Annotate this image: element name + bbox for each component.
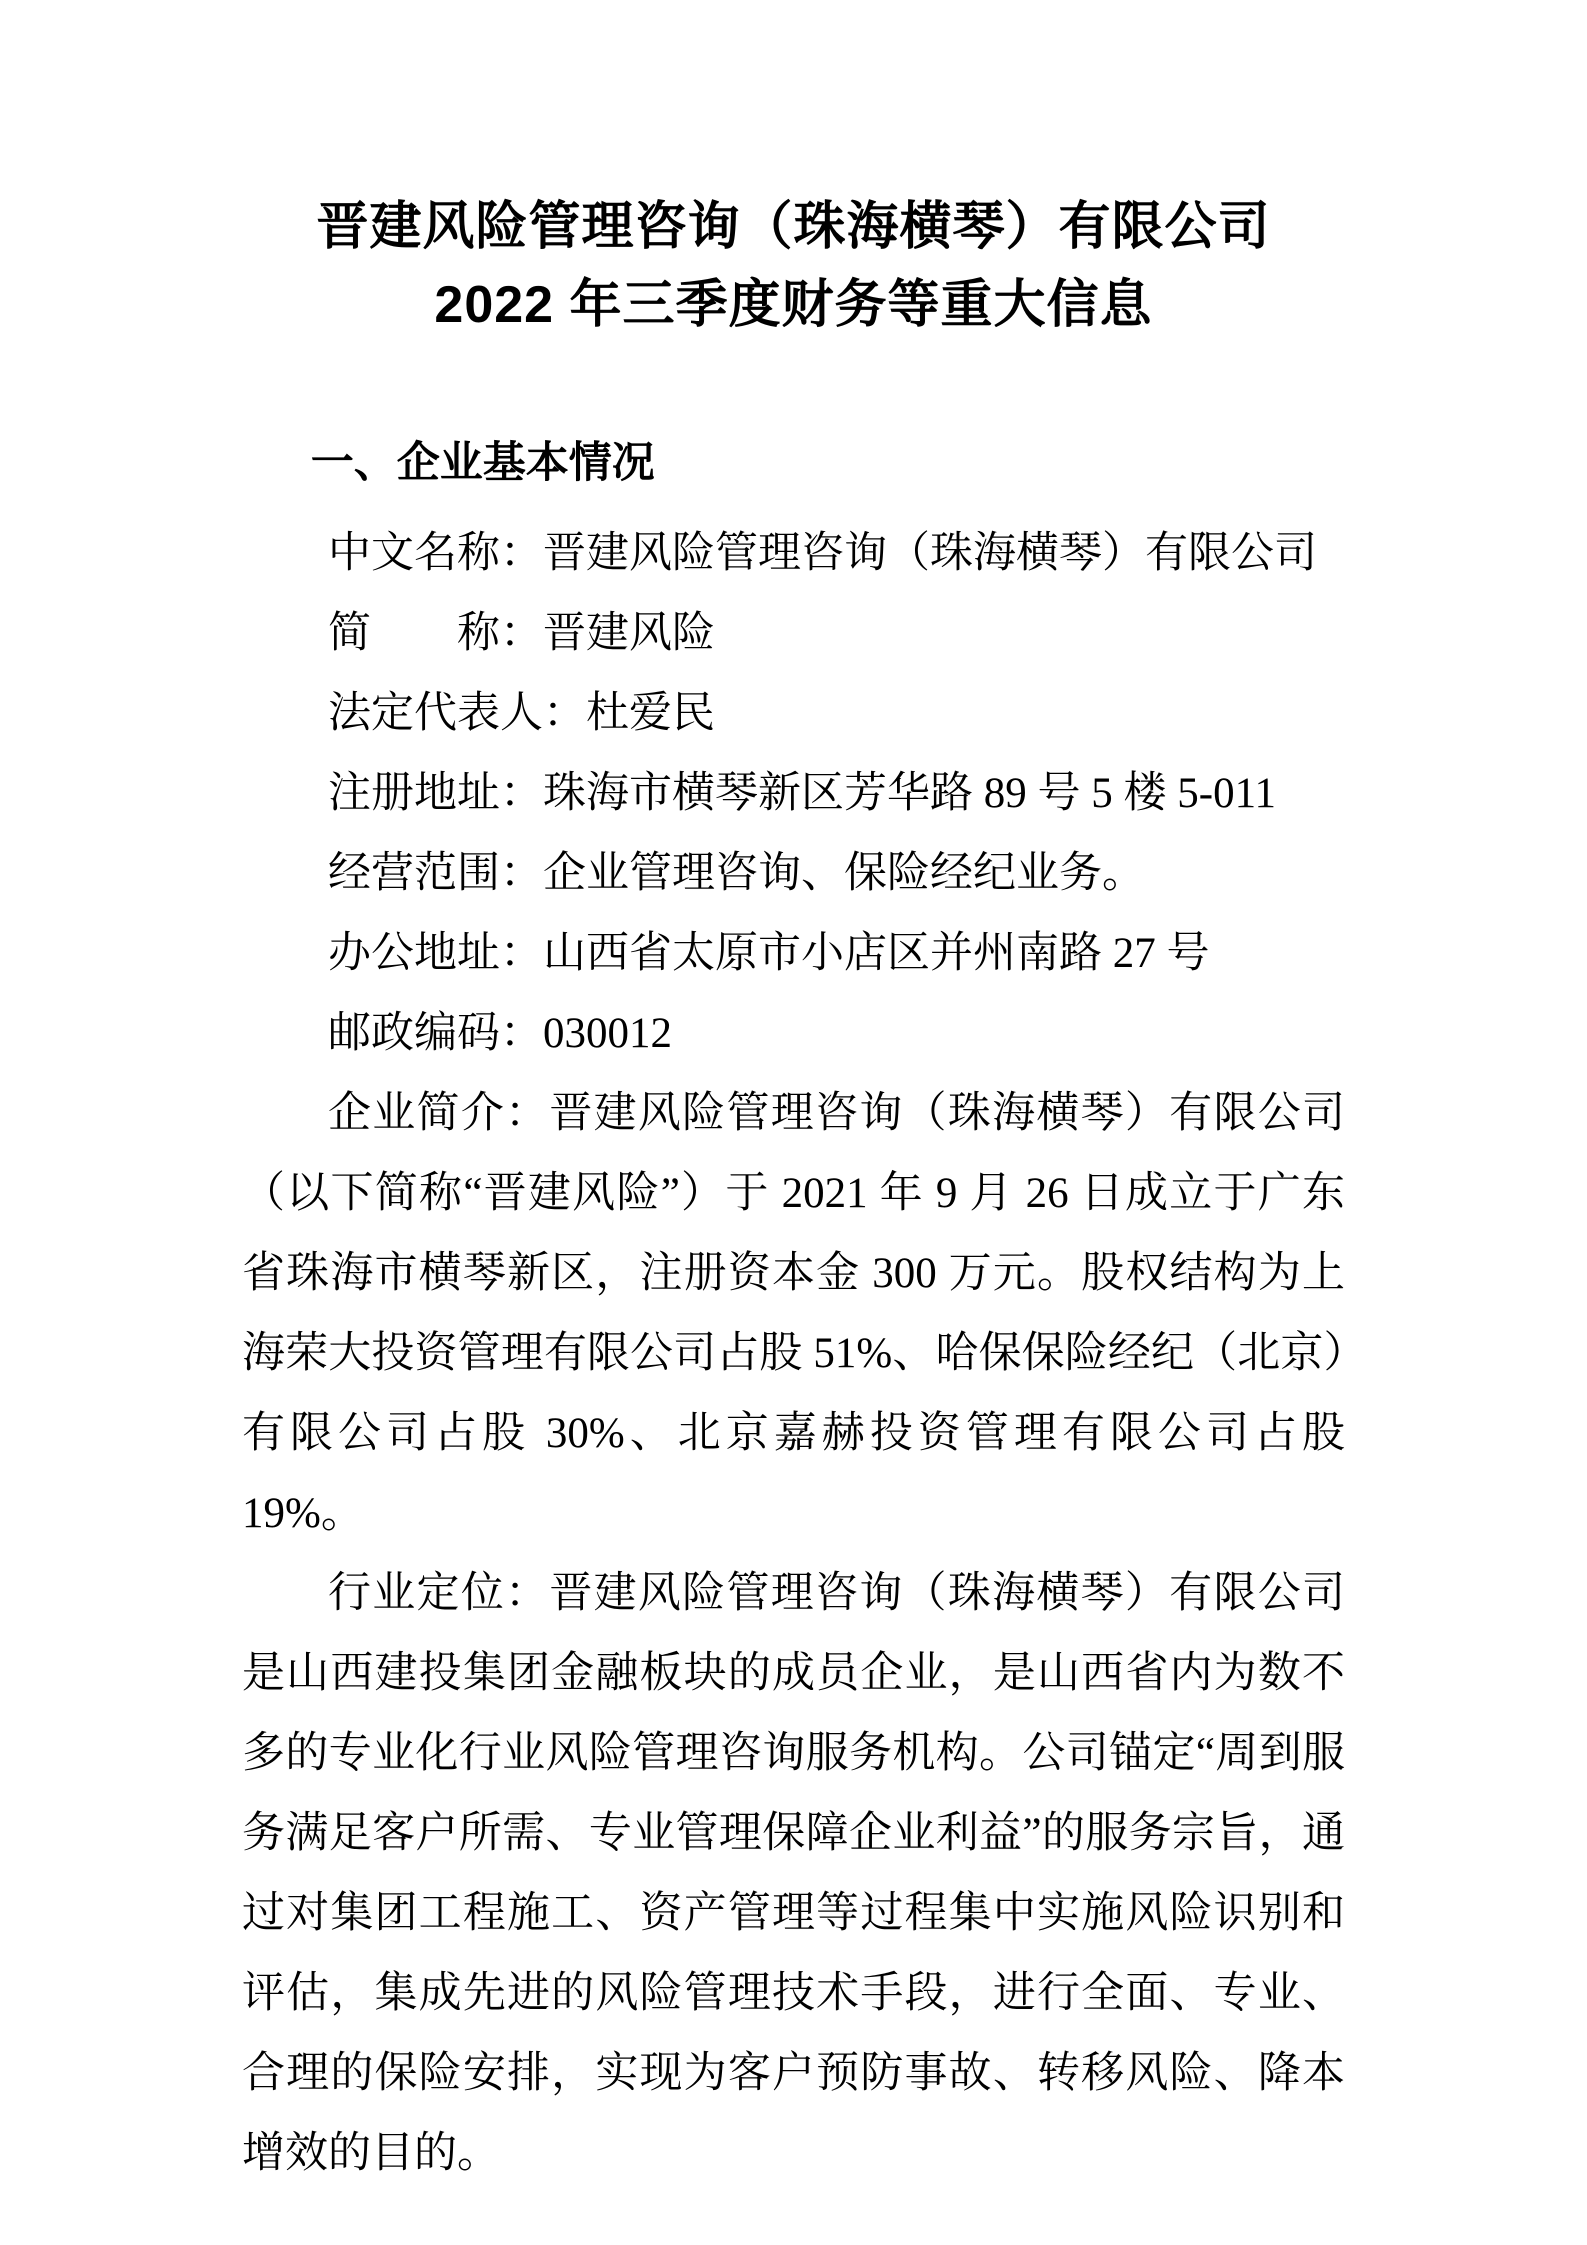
document-page: 晋建风险管理咨询（珠海横琴）有限公司 2022 年三季度财务等重大信息 一、企业… [0, 0, 1587, 2245]
field-registered-address: 注册地址：珠海市横琴新区芳华路 89 号 5 楼 5-011 [242, 754, 1345, 834]
document-title: 晋建风险管理咨询（珠海横琴）有限公司 2022 年三季度财务等重大信息 [0, 188, 1587, 344]
section-heading: 一、企业基本情况 [242, 423, 1345, 503]
field-postal-code: 邮政编码：030012 [242, 994, 1345, 1074]
paragraph-industry-positioning: 行业定位：晋建风险管理咨询（珠海横琴）有限公司是山西建投集团金融板块的成员企业，… [242, 1554, 1345, 2194]
field-chinese-name: 中文名称：晋建风险管理咨询（珠海横琴）有限公司 [242, 514, 1345, 594]
field-office-address: 办公地址：山西省太原市小店区并州南路 27 号 [242, 914, 1345, 994]
paragraph-company-profile: 企业简介：晋建风险管理咨询（珠海横琴）有限公司（以下简称“晋建风险”）于 202… [242, 1074, 1345, 1554]
title-line-1: 晋建风险管理咨询（珠海横琴）有限公司 [0, 188, 1587, 266]
field-business-scope: 经营范围：企业管理咨询、保险经纪业务。 [242, 834, 1345, 914]
title-line-2: 2022 年三季度财务等重大信息 [0, 266, 1587, 344]
field-legal-representative: 法定代表人：杜爱民 [242, 674, 1345, 754]
document-body: 一、企业基本情况 中文名称：晋建风险管理咨询（珠海横琴）有限公司 简 称：晋建风… [242, 423, 1345, 2194]
field-short-name: 简 称：晋建风险 [242, 594, 1345, 674]
